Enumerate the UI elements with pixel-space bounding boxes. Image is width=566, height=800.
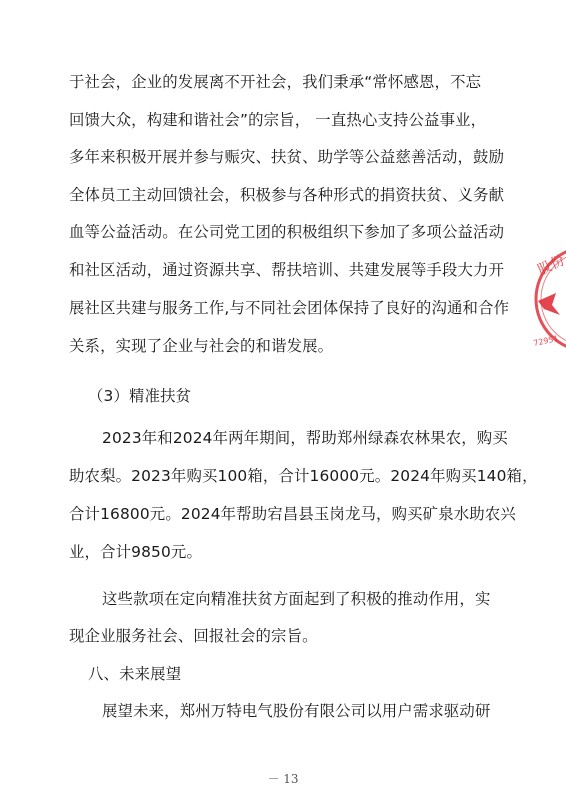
document-page: 于社会，企业的发展离不开社会，我们秉承“常怀感恩，不忘 回馈大众，构建和谐社会”… (0, 0, 566, 800)
body-text-line: 业，合计9850元。 (69, 542, 499, 562)
body-text-line: 于社会，企业的发展离不开社会，我们秉承“常怀感恩，不忘 (69, 72, 499, 92)
body-text-line: 展社区共建与服务工作,与不同社会团体保持了良好的沟通和合作 (69, 298, 499, 318)
company-seal-stamp: 股份 72951 (530, 243, 566, 355)
body-text-line: 多年来积极开展并参与赈灾、扶贫、助学等公益慈善活动，鼓励 (69, 147, 499, 167)
body-text-line: 展望未来，郑州万特电气股份有限公司以用户需求驱动研 (102, 701, 532, 721)
section-heading: （3）精准扶贫 (88, 386, 518, 406)
body-text-line: 回馈大众，构建和谐社会”的宗旨， 一直热心支持公益事业， (69, 110, 499, 130)
page-number: － 13 (0, 770, 566, 787)
body-text-line: 现企业服务社会、回报社会的宗旨。 (69, 626, 499, 646)
body-text-line: 2023年和2024年两年期间，帮助郑州绿森农林果农，购买 (102, 428, 532, 448)
seal-text-bottom: 72951 (533, 334, 560, 348)
body-text-line: 这些款项在定向精准扶贫方面起到了积极的推动作用，实 (102, 589, 532, 609)
body-text-line: 和社区活动，通过资源共享、帮扶培训、共建发展等手段大力开 (69, 260, 499, 280)
seal-text-top: 股份 (535, 252, 566, 278)
body-text-line: 关系，实现了企业与社会的和谐发展。 (69, 336, 499, 356)
chapter-heading: 八、未来展望 (88, 664, 518, 684)
body-text-line: 助农梨。2023年购买100箱，合计16000元。2024年购买140箱， (69, 466, 499, 486)
body-text-line: 血等公益活动。在公司党工团的积极组织下参加了多项公益活动 (69, 222, 499, 242)
body-text-line: 全体员工主动回馈社会，积极参与各种形式的捐资扶贫、义务献 (69, 185, 499, 205)
body-text-line: 合计16800元。2024年帮助宕昌县玉岗龙马，购买矿泉水助农兴 (69, 504, 499, 524)
